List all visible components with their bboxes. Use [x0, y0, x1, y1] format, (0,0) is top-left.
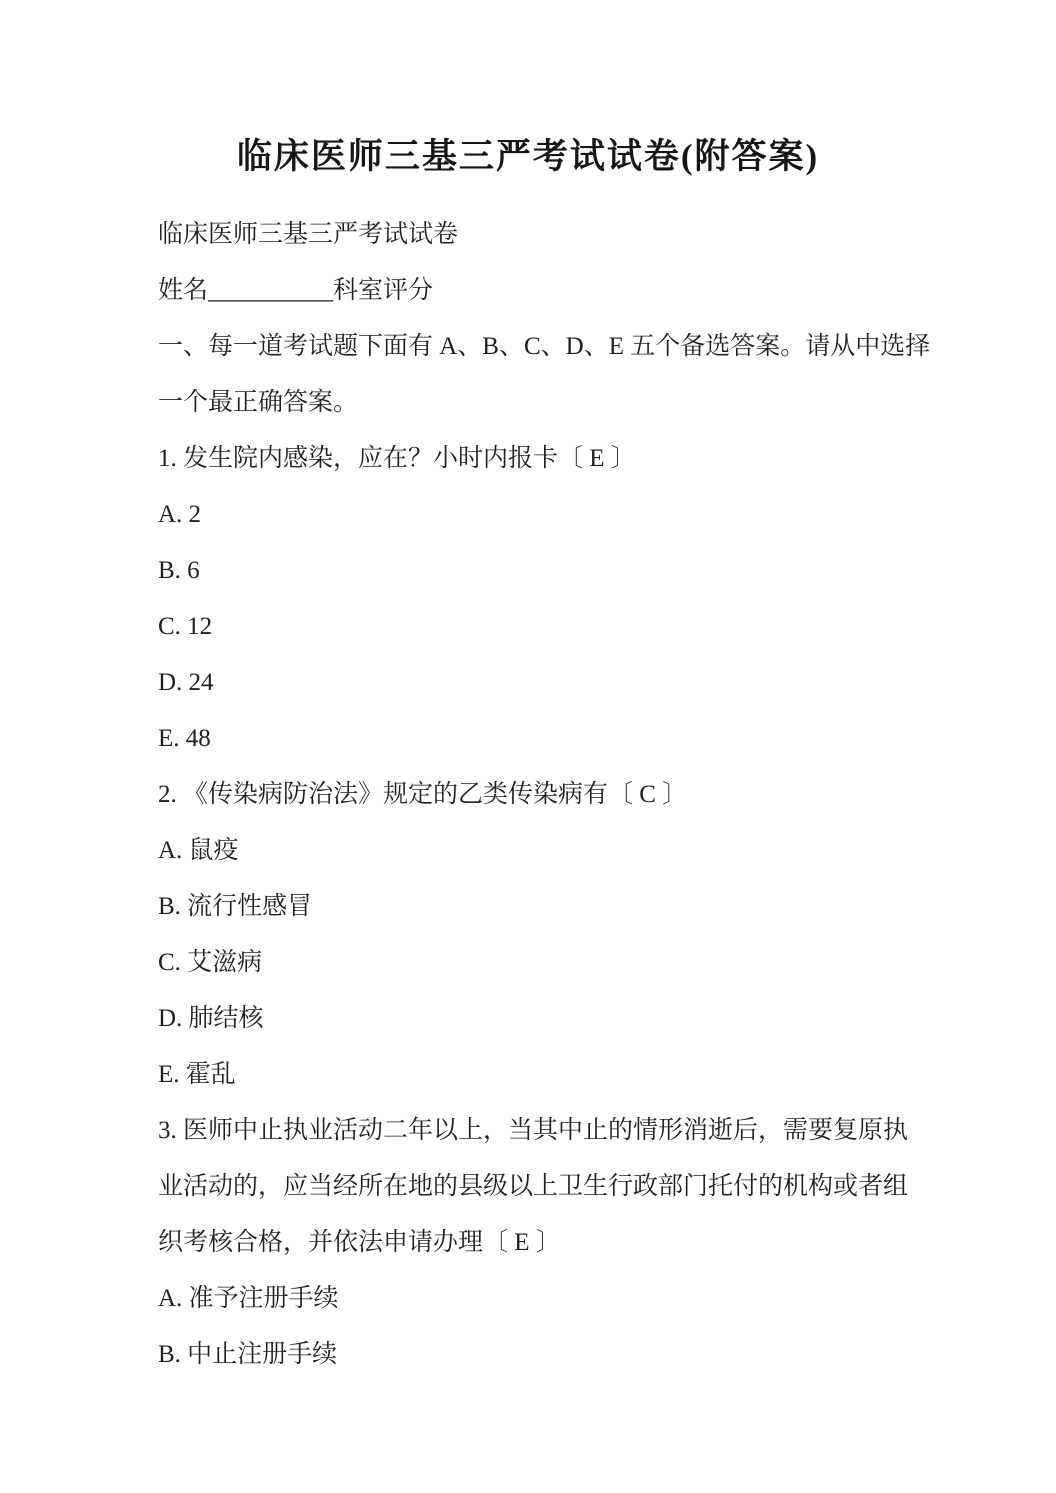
question-list: 一、每一道考试题下面有 A、B、C、D、E 五个备选答案。请从中选择一个最正确答…: [158, 319, 930, 1383]
question-option: C. 12: [158, 599, 930, 655]
question-option: A. 鼠疫: [158, 823, 930, 879]
document-body: 临床医师三基三严考试试卷 姓名__________科室评分 一、每一道考试题下面…: [158, 207, 930, 1383]
dept-score-label: 科室评分: [333, 277, 433, 304]
question-option: E. 霍乱: [158, 1047, 930, 1103]
question-option: D. 肺结核: [158, 991, 930, 1047]
section-instruction-line: 一个最正确答案。: [158, 375, 930, 431]
question-option: A. 2: [158, 487, 930, 543]
question-option: D. 24: [158, 655, 930, 711]
question-stem-line: 织考核合格，并依法申请办理〔 E 〕: [158, 1215, 930, 1271]
document-title: 临床医师三基三严考试试卷(附答案): [0, 0, 1056, 181]
question-stem-line: 2. 《传染病防治法》规定的乙类传染病有〔 C 〕: [158, 767, 930, 823]
question-option: B. 6: [158, 543, 930, 599]
question-option: B. 流行性感冒: [158, 879, 930, 935]
question-option: E. 48: [158, 711, 930, 767]
question-option: C. 艾滋病: [158, 935, 930, 991]
question-stem-line: 1. 发生院内感染，应在？小时内报卡〔 E 〕: [158, 431, 930, 487]
question-stem-line: 3. 医师中止执业活动二年以上，当其中止的情形消逝后，需要复原执: [158, 1103, 930, 1159]
question-stem-line: 业活动的，应当经所在地的县级以上卫生行政部门托付的机构或者组: [158, 1159, 930, 1215]
section-instruction-line: 一、每一道考试题下面有 A、B、C、D、E 五个备选答案。请从中选择: [158, 319, 930, 375]
question-option: B. 中止注册手续: [158, 1327, 930, 1383]
exam-document-page: 临床医师三基三严考试试卷(附答案) 临床医师三基三严考试试卷 姓名_______…: [0, 0, 1056, 1493]
name-label: 姓名: [158, 277, 208, 304]
name-blank-underline: __________: [208, 277, 333, 304]
name-dept-line: 姓名__________科室评分: [158, 263, 930, 319]
question-option: A. 准予注册手续: [158, 1271, 930, 1327]
paper-subtitle: 临床医师三基三严考试试卷: [158, 207, 930, 263]
